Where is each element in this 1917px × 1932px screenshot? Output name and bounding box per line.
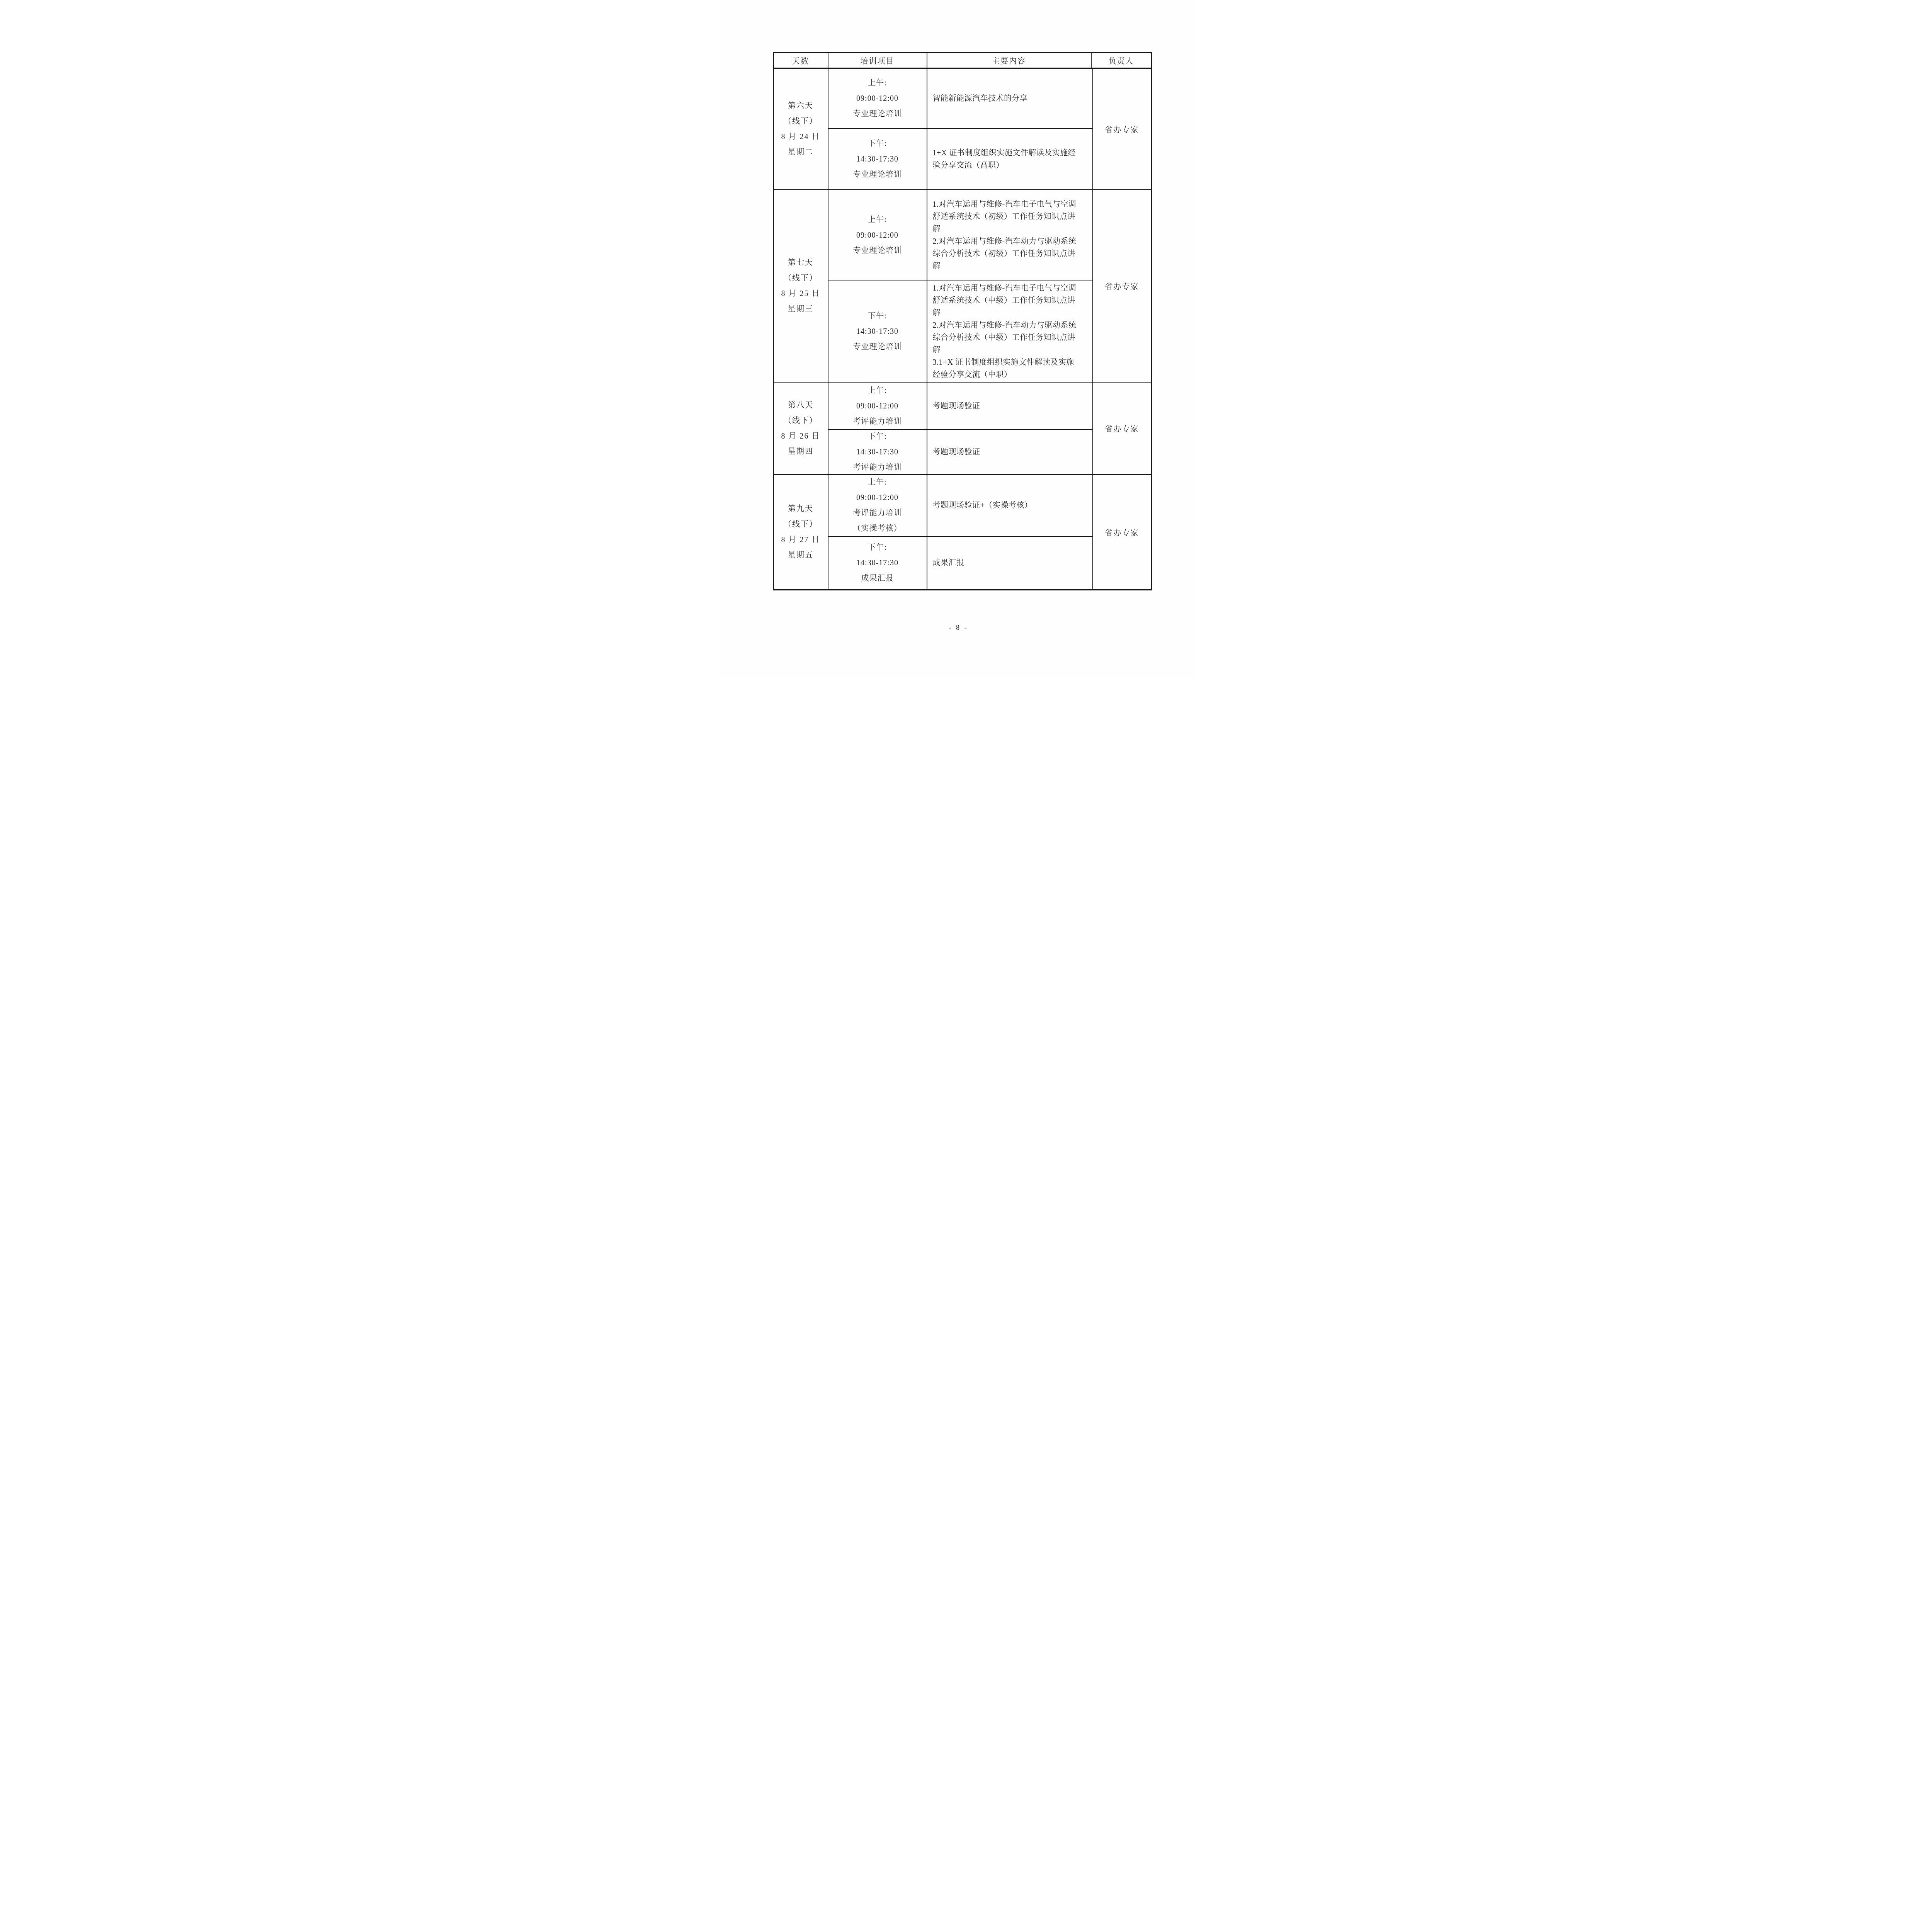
project-line: 09:00-12:00 [856,230,898,240]
day-line: （线下） [784,519,818,529]
day-line: 第九天 [788,504,813,514]
project-cell: 下午: 14:30-17:30 成果汇报 [828,537,927,589]
project-line: 专业理论培训 [853,109,902,119]
content-cell: 1.对汽车运用与维修-汽车电子电气与空调舒适系统技术（初级）工作任务知识点讲解 … [927,190,1092,281]
project-line: 下午: [868,432,887,442]
day-line: 8 月 25 日 [781,289,820,299]
lead-name: 省办专家 [1105,527,1139,538]
page-number: - 8 - [719,623,1198,632]
project-line: 上午: [868,215,887,225]
project-line: 14:30-17:30 [856,558,898,568]
content-cell: 考题现场验证+（实操考核） [927,475,1092,536]
content-cell: 智能新能源汽车技术的分享 [927,69,1092,128]
content-item: 考题现场验证+（实操考核） [933,499,1032,512]
table-header-row: 天数 培训项目 主要内容 负责人 [774,53,1151,69]
project-line: 14:30-17:30 [856,447,898,457]
project-cell: 上午: 09:00-12:00 专业理论培训 [828,69,927,128]
content-cell: 1+X 证书制度组织实施文件解读及实施经验分享交流（高职） [927,129,1092,189]
day-cell: 第八天 （线下） 8 月 26 日 星期四 [774,383,828,474]
session-row-morning: 上午: 09:00-12:00 考评能力培训 （实操考核） 考题现场验证+（实操… [828,475,1092,536]
project-line: 上午: [868,477,887,487]
project-line: 09:00-12:00 [856,94,898,104]
sessions-group: 上午: 09:00-12:00 考评能力培训 考题现场验证 下午: 14:30-… [828,383,1092,474]
content-cell: 成果汇报 [927,537,1092,589]
header-cell-project: 培训项目 [828,53,927,68]
content-item: 1.对汽车运用与维修-汽车电子电气与空调舒适系统技术（初级）工作任务知识点讲解 [933,198,1079,235]
project-cell: 上午: 09:00-12:00 专业理论培训 [828,190,927,281]
project-line: 下午: [868,311,887,321]
header-cell-content: 主要内容 [927,53,1092,68]
lead-cell: 省办专家 [1092,190,1151,382]
session-row-afternoon: 下午: 14:30-17:30 成果汇报 成果汇报 [828,536,1092,589]
header-cell-lead: 负责人 [1092,53,1151,68]
document-page: 天数 培训项目 主要内容 负责人 第六天 （线下） 8 月 24 日 星期二 上… [719,0,1198,678]
day-line: （线下） [784,273,818,283]
content-cell: 考题现场验证 [927,430,1092,474]
day-line: 星期五 [788,550,813,560]
day-line: （线下） [784,116,818,126]
project-cell: 上午: 09:00-12:00 考评能力培训 [828,383,927,429]
header-cell-days: 天数 [774,53,828,68]
day-line: 星期三 [788,304,813,314]
session-row-morning: 上午: 09:00-12:00 考评能力培训 考题现场验证 [828,383,1092,429]
day-line: 8 月 26 日 [781,431,820,441]
lead-name: 省办专家 [1105,124,1139,135]
lead-name: 省办专家 [1105,423,1139,434]
day-line: （线下） [784,416,818,426]
day-line: 8 月 24 日 [781,132,820,142]
day-cell: 第九天 （线下） 8 月 27 日 星期五 [774,475,828,589]
project-line: 考评能力培训 [853,508,902,518]
content-cell: 考题现场验证 [927,383,1092,429]
project-line: 考评能力培训 [853,417,902,427]
project-cell: 下午: 14:30-17:30 专业理论培训 [828,281,927,382]
project-cell: 下午: 14:30-17:30 考评能力培训 [828,430,927,474]
project-line: 成果汇报 [861,573,894,583]
day-line: 星期四 [788,447,813,457]
day-line: 星期二 [788,147,813,157]
project-line: 14:30-17:30 [856,154,898,164]
sessions-group: 上午: 09:00-12:00 考评能力培训 （实操考核） 考题现场验证+（实操… [828,475,1092,589]
table-row-day-6: 第六天 （线下） 8 月 24 日 星期二 上午: 09:00-12:00 专业… [774,69,1151,190]
day-line: 第七天 [788,258,813,268]
training-schedule-table: 天数 培训项目 主要内容 负责人 第六天 （线下） 8 月 24 日 星期二 上… [773,52,1152,590]
project-cell: 下午: 14:30-17:30 专业理论培训 [828,129,927,189]
day-cell: 第六天 （线下） 8 月 24 日 星期二 [774,69,828,189]
project-line: （实操考核） [853,524,902,534]
lead-cell: 省办专家 [1092,69,1151,189]
content-item: 1+X 证书制度组织实施文件解读及实施经验分享交流（高职） [933,147,1079,172]
content-item: 1.对汽车运用与维修-汽车电子电气与空调舒适系统技术（中级）工作任务知识点讲解 [933,282,1079,319]
day-cell: 第七天 （线下） 8 月 25 日 星期三 [774,190,828,382]
day-line: 第八天 [788,400,813,410]
table-row-day-8: 第八天 （线下） 8 月 26 日 星期四 上午: 09:00-12:00 考评… [774,383,1151,475]
session-row-afternoon: 下午: 14:30-17:30 专业理论培训 1.对汽车运用与维修-汽车电子电气… [828,281,1092,382]
project-line: 09:00-12:00 [856,493,898,503]
session-row-morning: 上午: 09:00-12:00 专业理论培训 1.对汽车运用与维修-汽车电子电气… [828,190,1092,281]
content-item: 考题现场验证 [933,446,980,458]
content-cell: 1.对汽车运用与维修-汽车电子电气与空调舒适系统技术（中级）工作任务知识点讲解 … [927,281,1092,382]
table-row-day-9: 第九天 （线下） 8 月 27 日 星期五 上午: 09:00-12:00 考评… [774,475,1151,589]
content-item: 考题现场验证 [933,400,980,412]
lead-cell: 省办专家 [1092,475,1151,589]
project-line: 09:00-12:00 [856,401,898,411]
content-item: 2.对汽车运用与维修-汽车动力与驱动系统综合分析技术（初级）工作任务知识点讲解 [933,235,1079,272]
project-line: 专业理论培训 [853,342,902,352]
sessions-group: 上午: 09:00-12:00 专业理论培训 智能新能源汽车技术的分享 下午: … [828,69,1092,189]
project-cell: 上午: 09:00-12:00 考评能力培训 （实操考核） [828,475,927,536]
project-line: 下午: [868,543,887,553]
project-line: 专业理论培训 [853,246,902,256]
project-line: 考评能力培训 [853,463,902,473]
project-line: 14:30-17:30 [856,327,898,337]
content-item: 成果汇报 [933,557,964,569]
lead-cell: 省办专家 [1092,383,1151,474]
project-line: 下午: [868,139,887,149]
project-line: 专业理论培训 [853,170,902,180]
sessions-group: 上午: 09:00-12:00 专业理论培训 1.对汽车运用与维修-汽车电子电气… [828,190,1092,382]
content-item: 2.对汽车运用与维修-汽车动力与驱动系统综合分析技术（中级）工作任务知识点讲解 [933,319,1079,356]
day-line: 8 月 27 日 [781,535,820,545]
session-row-afternoon: 下午: 14:30-17:30 考评能力培训 考题现场验证 [828,429,1092,474]
content-item: 3.1+X 证书制度组织实施文件解读及实施经验分享交流（中职） [933,356,1079,381]
project-line: 上午: [868,386,887,396]
project-line: 上午: [868,78,887,88]
lead-name: 省办专家 [1105,281,1139,292]
content-item: 智能新能源汽车技术的分享 [933,92,1028,105]
session-row-morning: 上午: 09:00-12:00 专业理论培训 智能新能源汽车技术的分享 [828,69,1092,128]
session-row-afternoon: 下午: 14:30-17:30 专业理论培训 1+X 证书制度组织实施文件解读及… [828,128,1092,189]
day-line: 第六天 [788,101,813,111]
table-row-day-7: 第七天 （线下） 8 月 25 日 星期三 上午: 09:00-12:00 专业… [774,190,1151,383]
